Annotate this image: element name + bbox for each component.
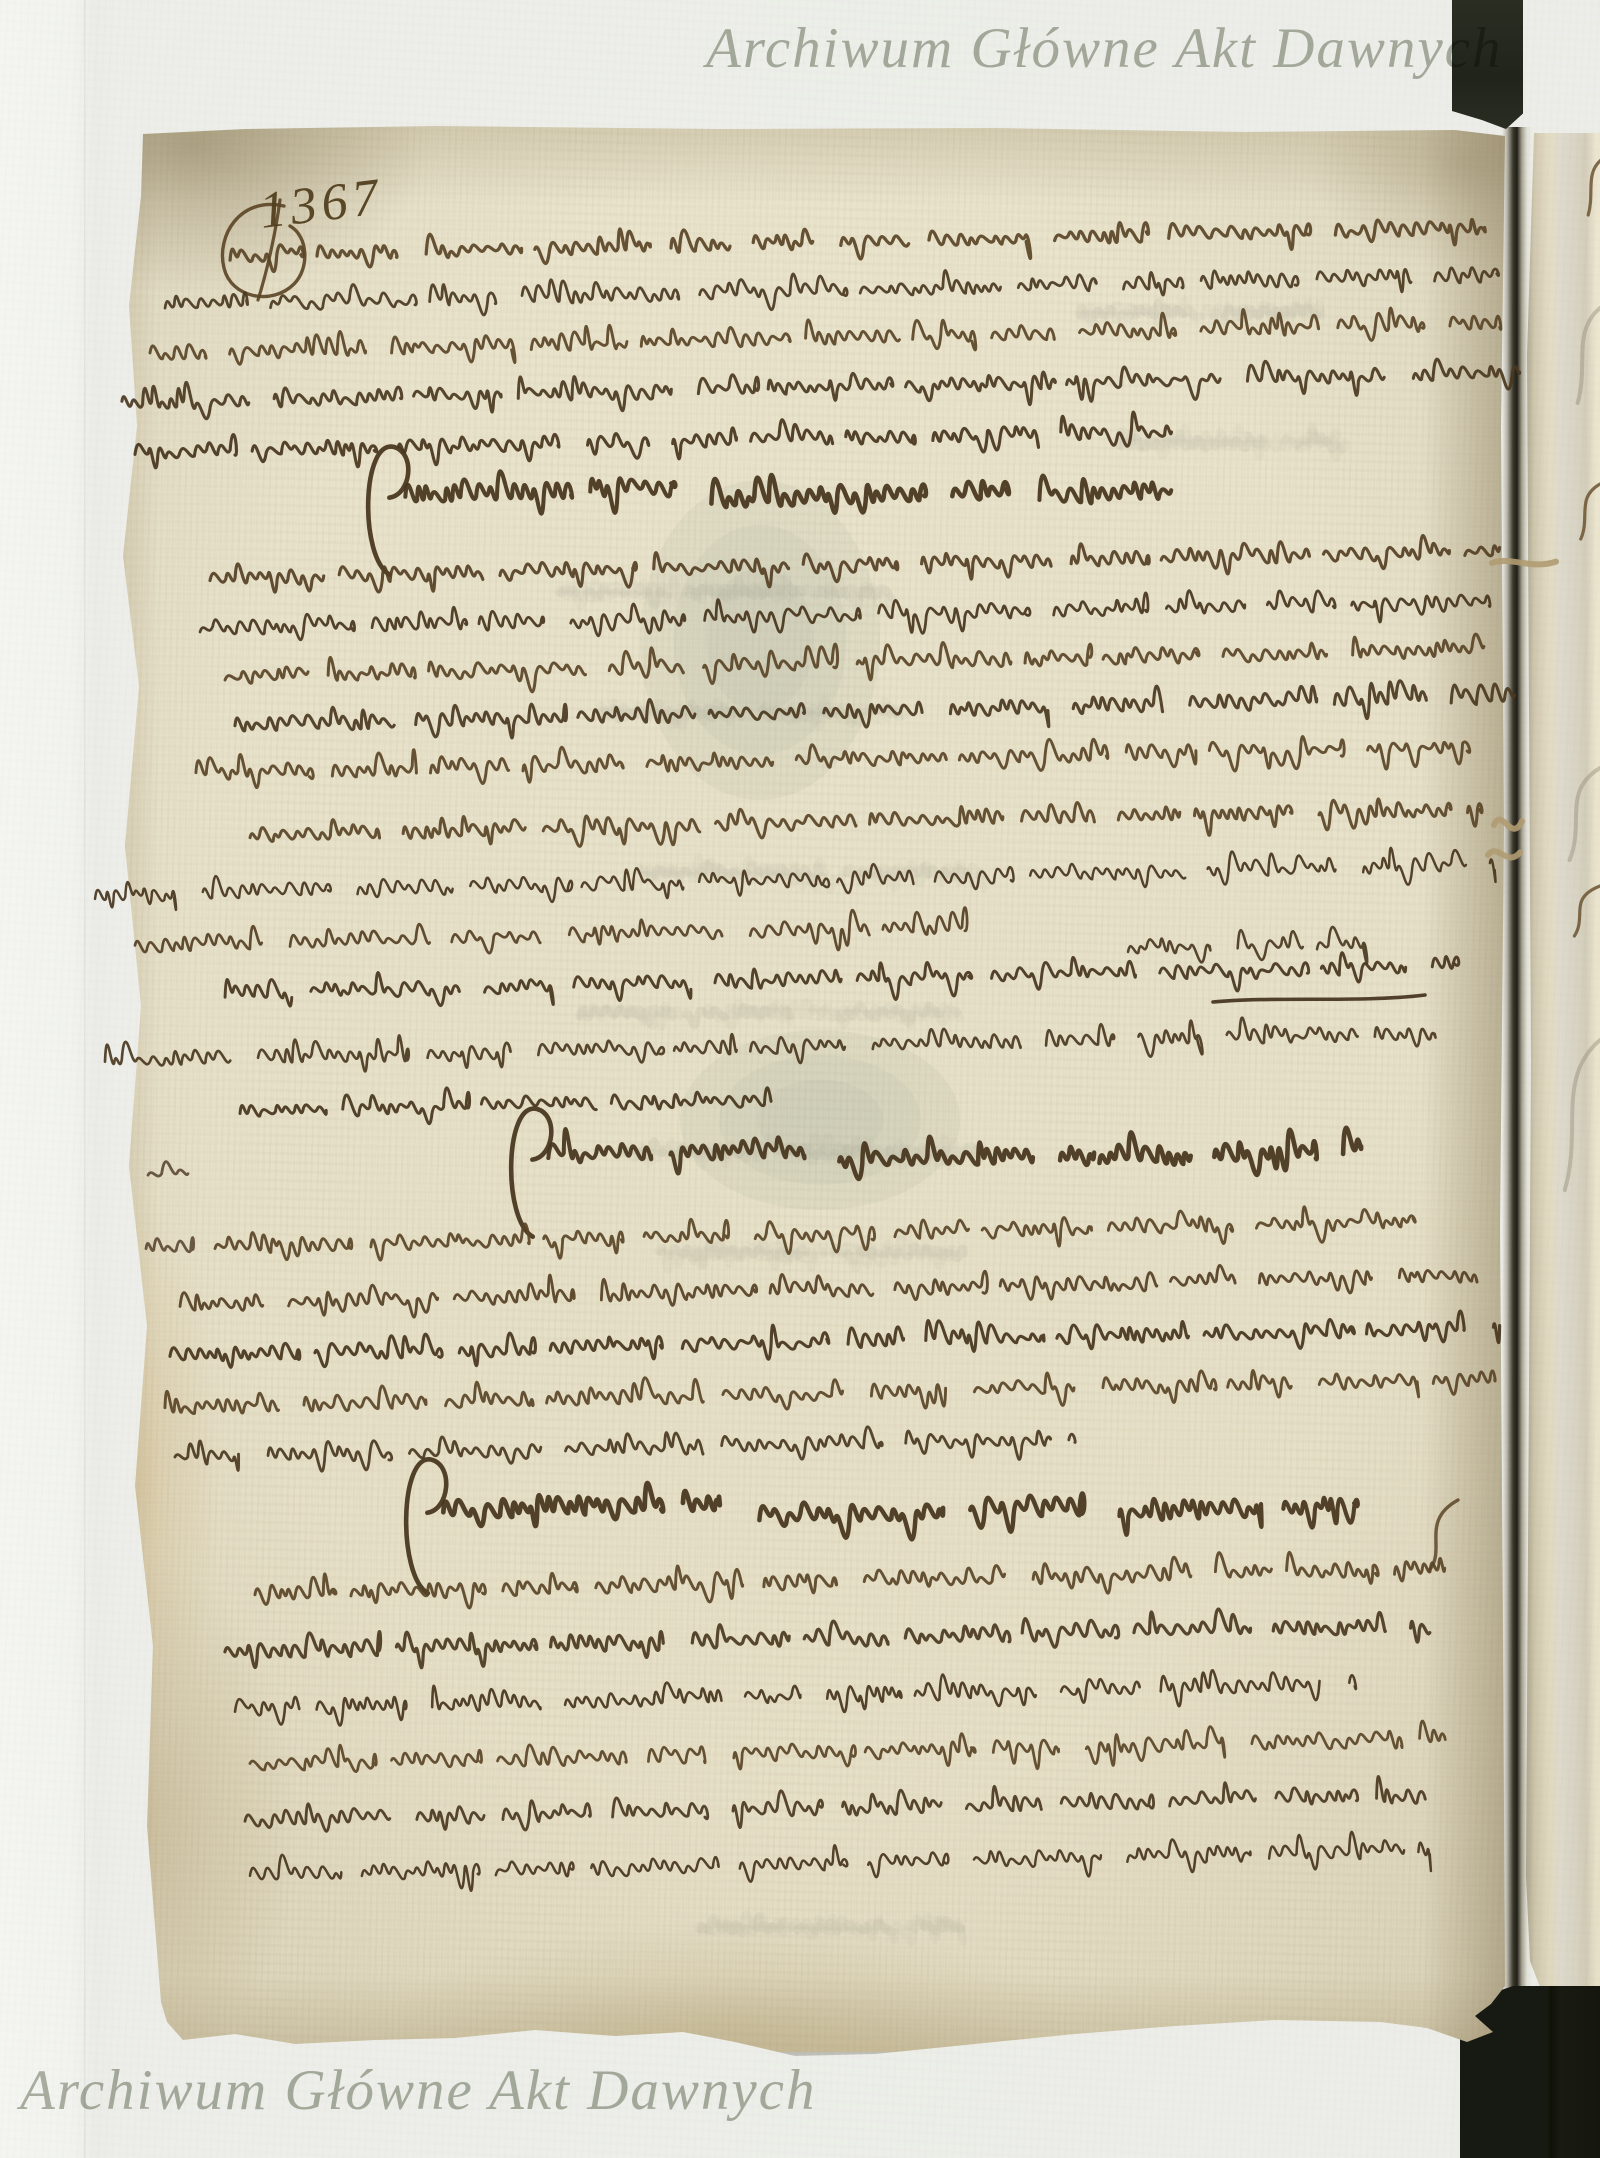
backing-sheet-seam <box>84 0 87 2158</box>
black-ribbon-top <box>1452 0 1523 129</box>
manuscript-page <box>95 126 1507 2052</box>
watermark-top: Archiwum Główne Akt Dawnych <box>706 16 1502 81</box>
adjacent-page-edge <box>1526 133 1600 1987</box>
watermark-bottom: Archiwum Główne Akt Dawnych <box>20 2058 816 2123</box>
scan-background: 1367 Archiwum Główne Akt Dawnych Archiwu… <box>0 0 1600 2158</box>
black-backing-bottom-right <box>1460 1986 1600 2158</box>
book-gutter <box>1502 127 1532 1993</box>
